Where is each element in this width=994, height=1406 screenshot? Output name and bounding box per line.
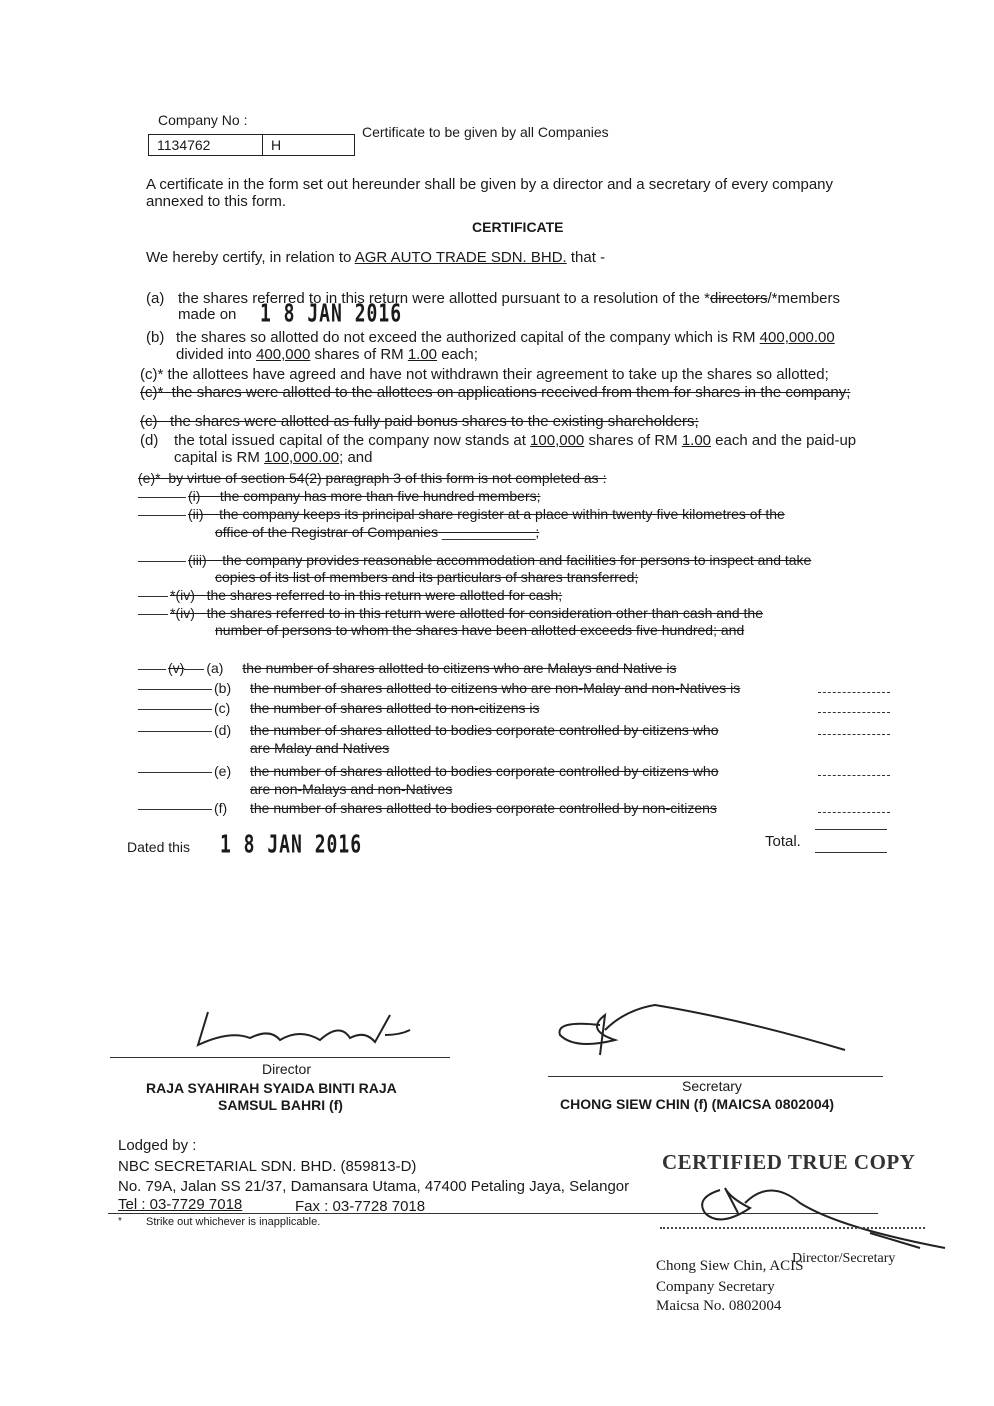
clause-b-text-2: divided into 400,000 shares of RM 1.00 e… [176, 346, 478, 363]
dated-label: Dated this [127, 839, 190, 856]
certified-position: Company Secretary [656, 1279, 775, 1296]
director-signature-line [110, 1057, 450, 1058]
clause-b-label: (b) [146, 329, 164, 346]
director-role: Director [262, 1061, 311, 1078]
authorized-capital: 400,000.00 [760, 329, 835, 346]
form-title: Certificate to be given by all Companies [362, 124, 609, 141]
certified-dotted-line [660, 1227, 925, 1229]
clause-c3: (c) the shares were allotted as fully pa… [140, 413, 699, 430]
clause-d-text-1: the total issued capital of the company … [174, 432, 856, 449]
certified-maicsa: Maicsa No. 0802004 [656, 1298, 781, 1315]
clause-e-v-item: (c)the number of shares allotted to non-… [138, 700, 540, 717]
certify-statement: We hereby certify, in relation to AGR AU… [146, 249, 605, 266]
company-no-label: Company No : [158, 112, 247, 129]
intro-line-1: A certificate in the form set out hereun… [146, 176, 833, 193]
director-signature [190, 1000, 420, 1060]
director-name-1: RAJA SYAHIRAH SYAIDA BINTI RAJA [146, 1080, 397, 1097]
blank-value-line [818, 692, 890, 693]
company-no: 1134762 [149, 135, 263, 155]
clause-e-v-item-cont: are Malay and Natives [250, 740, 389, 757]
clause-e-ii: (ii) the company keeps its principal sha… [138, 506, 785, 523]
footnote-mark: * [118, 1213, 122, 1230]
paid-up-capital: 100,000.00 [264, 449, 339, 466]
company-name: AGR AUTO TRADE SDN. BHD. [355, 249, 567, 266]
clause-b-text-1: the shares so allotted do not exceed the… [176, 329, 835, 346]
clause-e-iv-a: *(iv) the shares referred to in this ret… [138, 587, 562, 604]
blank-value-line [818, 734, 890, 735]
blank-value-line [818, 712, 890, 713]
lodged-tel: Tel : 03-7729 7018 [118, 1196, 242, 1213]
footnote: Strike out whichever is inapplicable. [146, 1214, 320, 1231]
clause-e-v-item: (b)the number of shares allotted to citi… [138, 680, 740, 697]
clause-e-v-item-cont: are non-Malays and non-Natives [250, 781, 452, 798]
secretary-signature [545, 995, 865, 1065]
secretary-role: Secretary [682, 1078, 742, 1095]
certified-role: Director/Secretary [792, 1250, 895, 1267]
clause-e-ii-cont: office of the Registrar of Companies ___… [215, 524, 539, 541]
clause-e-v-item: (v)(a)the number of shares allotted to c… [138, 660, 677, 677]
clause-a-made-on: made on [178, 306, 236, 323]
intro-line-2: annexed to this form. [146, 193, 286, 210]
clause-e-v-item: (d)the number of shares allotted to bodi… [138, 722, 719, 739]
clause-e-iv-b: *(iv) the shares referred to in this ret… [138, 605, 763, 622]
lodged-address: No. 79A, Jalan SS 21/37, Damansara Utama… [118, 1178, 629, 1195]
clause-d-text-2: capital is RM 100,000.00; and [174, 449, 372, 466]
clause-a-label: (a) [146, 290, 164, 307]
clause-e-v-item: (e)the number of shares allotted to bodi… [138, 763, 719, 780]
lodged-firm: NBC SECRETARIAL SDN. BHD. (859813-D) [118, 1158, 416, 1175]
resolution-date-stamp: 1 8 JAN 2016 [260, 302, 402, 326]
clause-e-iv-b-cont: number of persons to whom the shares hav… [215, 622, 744, 639]
clause-e: (e)* by virtue of section 54(2) paragrap… [138, 470, 606, 487]
clause-c1: (c)* the allottees have agreed and have … [140, 366, 829, 383]
certificate-heading: CERTIFICATE [472, 219, 564, 236]
blank-value-line [818, 812, 890, 813]
secretary-signature-line [548, 1076, 883, 1077]
dated-stamp: 1 8 JAN 2016 [220, 833, 362, 857]
clause-e-iii-cont: copies of its list of members and its pa… [215, 569, 638, 586]
clause-e-v-item: (f)the number of shares allotted to bodi… [138, 800, 717, 817]
clause-d-label: (d) [140, 432, 158, 449]
clause-e-iii: (iii) the company provides reasonable ac… [138, 552, 811, 569]
certified-true-copy-title: CERTIFIED TRUE COPY [662, 1154, 915, 1171]
secretary-name: CHONG SIEW CHIN (f) (MAICSA 0802004) [560, 1096, 834, 1113]
total-label: Total. [765, 833, 801, 850]
lodged-label: Lodged by : [118, 1137, 196, 1154]
total-line-bottom [815, 852, 887, 853]
total-line-top [815, 829, 887, 830]
issued-shares: 100,000 [530, 432, 584, 449]
company-suffix: H [263, 135, 281, 155]
company-no-box: 1134762 H [148, 134, 355, 156]
clause-c2: (c)* the shares were allotted to the all… [140, 384, 850, 401]
blank-value-line [818, 775, 890, 776]
certified-name: Chong Siew Chin, ACIS [656, 1258, 804, 1275]
clause-e-i: (i) the company has more than five hundr… [138, 488, 541, 505]
director-name-2: SAMSUL BAHRI (f) [218, 1097, 343, 1114]
